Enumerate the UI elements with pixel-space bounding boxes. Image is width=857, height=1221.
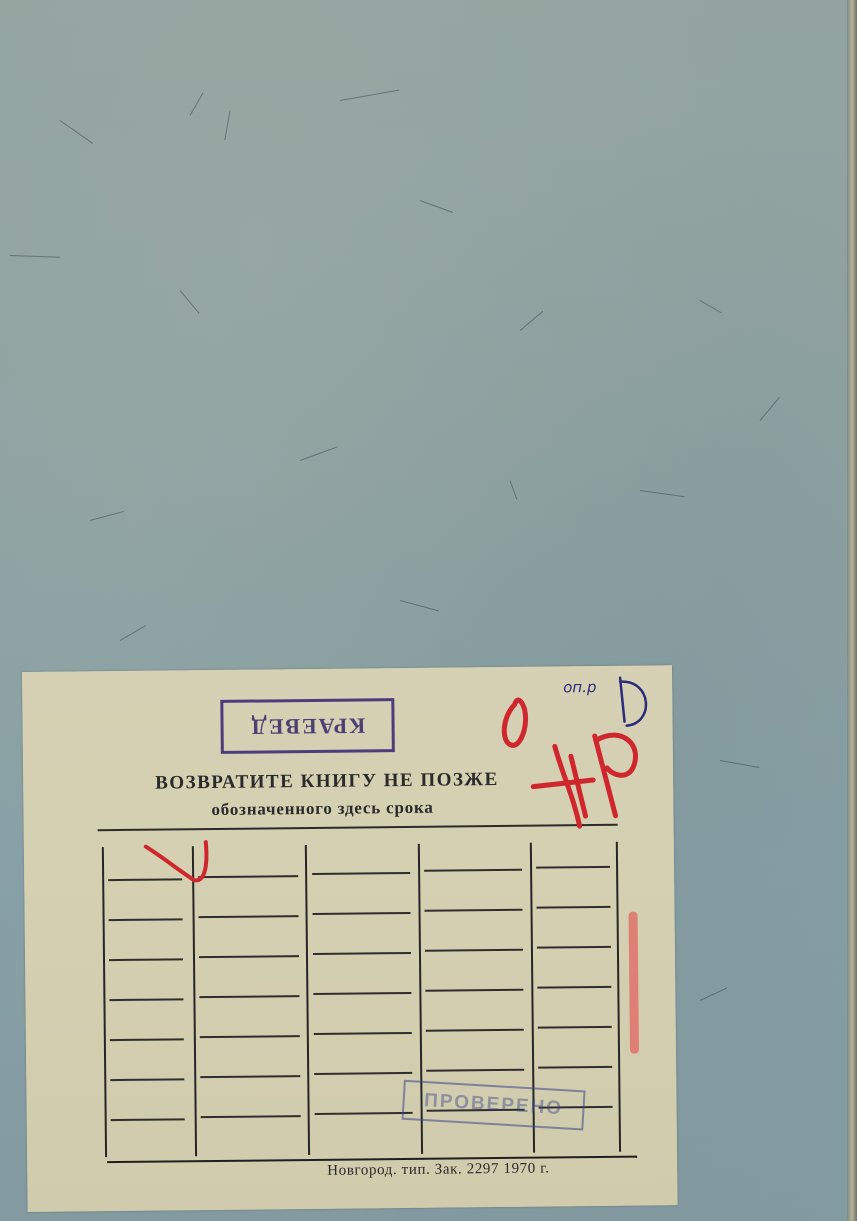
due-date-entry-line [313,952,411,955]
due-date-entry-line [538,1066,612,1068]
due-date-entry-line [536,866,610,868]
due-date-entry-line [109,958,183,960]
paper-fiber [190,93,204,116]
due-date-entry-line [313,912,411,915]
red-zero-mark [504,700,526,745]
due-date-entry-line [537,946,611,948]
due-date-entry-line [425,989,523,992]
blue-handwritten-note: оп.р [563,678,596,696]
table-column-line [305,845,310,1155]
paper-fiber [340,90,399,101]
due-date-entry-line [538,1026,612,1028]
paper-fiber [520,311,544,331]
paper-fiber [700,300,722,313]
kraeved-stamp-text: КРАЕВЕД [250,712,366,739]
checked-stamp-text: ПРОВЕРЕНО [423,1090,563,1120]
printer-imprint: Новгород. тип. Зак. 2297 1970 г. [327,1161,550,1180]
pink-pencil-stroke [629,912,639,1054]
due-date-entry-line [200,1075,300,1078]
cover-edge [847,0,857,1221]
blue-letter-mark [620,677,646,725]
red-number-mark [533,746,594,827]
paper-fiber [640,490,685,497]
kraeved-stamp: КРАЕВЕД [220,698,395,754]
due-date-entry-line [200,1035,300,1038]
due-date-entry-line [426,1029,524,1032]
due-date-entry-line [424,869,522,872]
due-date-entry-line [199,915,299,918]
due-date-entry-line [537,986,611,988]
table-column-line [102,847,107,1157]
red-check-mark [142,838,223,889]
paper-fiber [420,200,453,213]
paper-fiber [400,600,439,611]
library-due-date-slip: КРАЕВЕД ВОЗВРАТИТЕ КНИГУ НЕ ПОЗЖЕ обозна… [22,665,678,1212]
due-date-entry-line [314,1072,412,1075]
due-date-entry-line [109,998,183,1000]
due-date-entry-line [313,992,411,995]
paper-fiber [700,987,728,1001]
due-date-entry-line [111,1118,185,1120]
due-date-entry-line [425,949,523,952]
due-date-entry-line [110,1078,184,1080]
due-date-entry-line [536,906,610,908]
due-date-entry-line [201,1115,301,1118]
paper-fiber [90,511,124,521]
slip-heading: ВОЗВРАТИТЕ КНИГУ НЕ ПОЗЖЕ [155,769,499,795]
due-date-entry-line [199,955,299,958]
due-date-entry-line [109,918,183,920]
paper-fiber [720,760,760,768]
table-column-line [192,846,197,1156]
paper-fiber [224,110,230,140]
red-letter-mark [595,735,636,816]
table-column-line [616,842,621,1152]
handwritten-marks [492,675,664,837]
paper-fiber [180,290,200,314]
paper-fiber [10,255,60,258]
due-date-entry-line [312,872,410,875]
due-date-entry-line [426,1069,524,1072]
paper-fiber [60,120,93,144]
slip-subheading: обозначенного здесь срока [211,798,433,820]
paper-fiber [510,480,518,499]
due-date-entry-line [315,1112,413,1115]
due-date-entry-line [199,995,299,998]
paper-fiber [760,397,780,421]
due-date-entry-line [110,1038,184,1040]
paper-fiber [300,446,338,461]
paper-fiber [120,625,146,641]
due-date-entry-line [425,909,523,912]
due-date-entry-line [314,1032,412,1035]
